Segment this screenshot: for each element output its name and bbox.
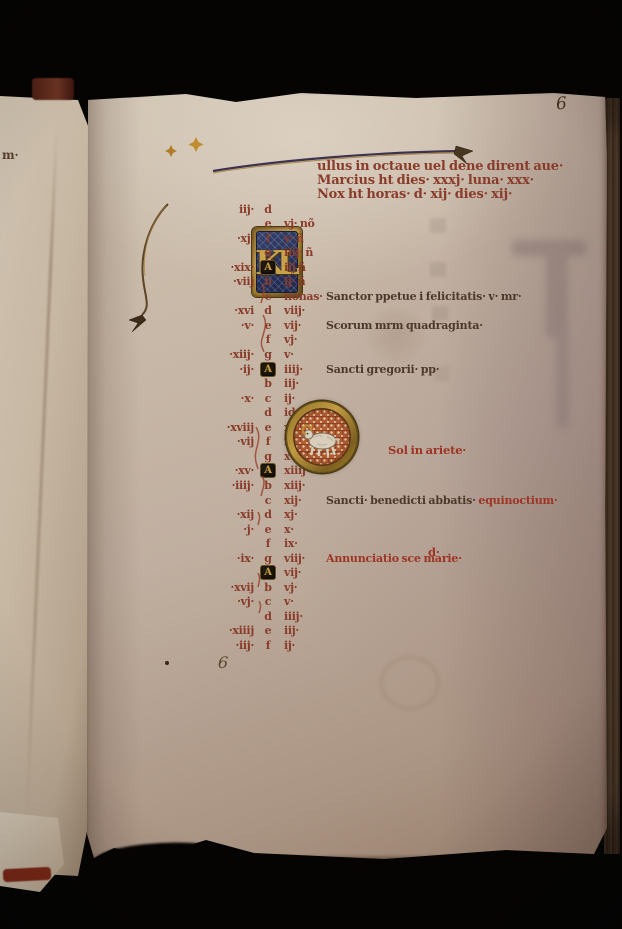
dominical-letter: f	[258, 537, 278, 550]
roman-day: iiij· ñ	[284, 246, 313, 259]
golden-number: ·vj·	[214, 595, 254, 608]
dominical-letter: d	[258, 406, 278, 419]
golden-number: ·x·	[214, 392, 254, 405]
dominical-letter: A	[261, 464, 275, 477]
binding-spine-fragment	[32, 78, 74, 100]
feast-entry: Scorum mrm quadraginta·	[326, 319, 483, 332]
calendar-row-day-20: ·iiij·bxiij·	[86, 479, 608, 494]
roman-day: ix·	[284, 537, 298, 550]
header-verse-line: ullus in octaue uel dene dirent aue·	[317, 159, 563, 174]
roman-day: xij·	[284, 494, 301, 507]
annunciation-grade-mark: d·	[428, 545, 440, 559]
dominical-letter: c	[258, 595, 278, 608]
dominical-letter: d	[258, 203, 278, 216]
dominical-letter: c	[258, 494, 278, 507]
calendar-row-day-12: ·ij·Aiiij·Sancti gregorii· pp·	[86, 363, 608, 378]
header-month-line: Marcius ht dies· xxxj· luna· xxx·	[317, 173, 534, 188]
golden-number: ·xj·	[214, 232, 254, 245]
feast-entry: Sancti· benedicti abbatis· equinoctium·	[326, 494, 558, 507]
dominical-letter: e	[258, 319, 278, 332]
calendar-row-day-4: giiij· ñ	[86, 246, 608, 261]
calendar-row-day-26: Avij·	[86, 566, 608, 581]
ring-stain	[380, 656, 440, 710]
roman-day: v·	[284, 595, 294, 608]
binding-red-edge	[3, 867, 52, 882]
dominical-letter: d	[258, 610, 278, 623]
roman-day: iij·	[284, 624, 299, 637]
dominical-letter: f	[258, 435, 278, 448]
calendar-page-march: KL ullus in octaue uel dene dirent aue· …	[86, 90, 608, 860]
feast-entry: Sancti gregorii· pp·	[326, 363, 439, 376]
dominical-letter: g	[258, 246, 278, 259]
roman-day: vj·	[284, 581, 297, 594]
manuscript-photo: m· KL ullus in octaue uel dene dirent au…	[0, 0, 622, 929]
dominical-letter: c	[258, 290, 278, 303]
page-edge-notch	[95, 79, 176, 98]
bottom-folio-mark: 6	[217, 653, 228, 673]
calendar-row-day-19: ·xv·Axiiij	[86, 464, 608, 479]
dominical-letter: d	[258, 508, 278, 521]
sol-in-ariete-label: Sol in ariete·	[388, 443, 466, 457]
aries-medallion-field	[293, 408, 351, 466]
calendar-row-day-22: ·xijdxj·	[86, 508, 608, 523]
calendar-row-day-27: ·xvijbvj·	[86, 581, 608, 596]
calendar-row-day-25: ·ix·gviij·Annunciatio sce marie·	[86, 552, 608, 567]
header-hours-line: Nox ht horas· d· xij· dies· xij·	[317, 187, 512, 202]
golden-number: ·xij	[214, 508, 254, 521]
dominical-letter: f	[258, 639, 278, 652]
golden-number: ·ix·	[214, 552, 254, 565]
aries-ram-icon	[293, 408, 349, 464]
facing-page-text-fragment: m·	[2, 148, 18, 162]
dominical-letter: c	[258, 392, 278, 405]
golden-number: ·vij	[214, 435, 254, 448]
golden-number: iij·	[214, 203, 254, 216]
dominical-letter: b	[258, 479, 278, 492]
calendar-row-day-5: ·xix·Aiij ñ	[86, 261, 608, 276]
roman-day: v·	[284, 348, 294, 361]
golden-number: ·iij·	[214, 639, 254, 652]
roman-day: vij·	[284, 566, 301, 579]
golden-number: ·iiij·	[214, 479, 254, 492]
calendar-row-day-2: evj· nõ	[86, 217, 608, 232]
calendar-row-day-9: ·v·evij·Scorum mrm quadraginta·	[86, 319, 608, 334]
roman-day: vj·	[284, 333, 297, 346]
roman-day: vj· nõ	[284, 217, 315, 230]
roman-day: viij·	[284, 552, 305, 565]
dominical-letter: g	[258, 552, 278, 565]
feast-entry: Annunciatio sce marie·	[326, 552, 462, 565]
golden-number: ·viij	[214, 275, 254, 288]
roman-day: xj·	[284, 508, 297, 521]
roman-day: iij·	[284, 377, 299, 390]
roman-day: ij·	[284, 392, 295, 405]
dominical-letter: b	[258, 275, 278, 288]
roman-day: xiij·	[284, 479, 305, 492]
calendar-row-day-8: ·xvidviij·	[86, 304, 608, 319]
golden-number: ·xiiij	[214, 624, 254, 637]
roman-day: nonas·	[284, 290, 323, 303]
golden-number: ·ij·	[214, 363, 254, 376]
calendar-row-day-23: ·j·ex·	[86, 523, 608, 538]
feast-text: Sancti gregorii· pp·	[326, 363, 439, 376]
calendar-row-day-1: iij·d	[86, 203, 608, 218]
calendar-row-day-11: ·xiij·gv·	[86, 348, 608, 363]
golden-number: ·xviij	[214, 421, 254, 434]
feast-text: equinoctium·	[478, 494, 557, 507]
roman-day: v· ñ	[284, 232, 304, 245]
golden-number: ·xix·	[214, 261, 254, 274]
dominical-letter: g	[258, 450, 278, 463]
dominical-letter: A	[261, 363, 275, 376]
golden-number: ·xv·	[214, 464, 254, 477]
golden-number: ·xiij·	[214, 348, 254, 361]
calendar-row-day-31: ·iij·fij·	[86, 639, 608, 654]
calendar-row-day-13: biij·	[86, 377, 608, 392]
calendar-row-day-3: ·xj·fv· ñ	[86, 232, 608, 247]
calendar-row-day-24: fix·	[86, 537, 608, 552]
dominical-letter: f	[258, 232, 278, 245]
calendar-row-day-29: diiij·	[86, 610, 608, 625]
dominical-letter: f	[258, 333, 278, 346]
roman-day: viij·	[284, 304, 305, 317]
dominical-letter: e	[258, 624, 278, 637]
dominical-letter: e	[258, 421, 278, 434]
dominical-letter: A	[261, 261, 275, 274]
feast-text: Sanctor ppetue i felicitatis· v· mr·	[326, 290, 522, 303]
roman-day: iiij·	[284, 610, 303, 623]
calendar-row-day-10: fvj·	[86, 333, 608, 348]
dominical-letter: b	[258, 581, 278, 594]
dominical-letter: d	[258, 304, 278, 317]
dominical-letter: A	[261, 566, 275, 579]
dominical-letter: g	[258, 348, 278, 361]
dominical-letter: e	[258, 523, 278, 536]
roman-day: ij·	[284, 639, 295, 652]
roman-day: vij·	[284, 319, 301, 332]
feast-text: Annunciatio sce marie·	[326, 552, 462, 565]
calendar-row-day-28: ·vj·cv·	[86, 595, 608, 610]
feast-entry: Sanctor ppetue i felicitatis· v· mr·	[326, 290, 522, 303]
calendar-row-day-14: ·x·cij·	[86, 392, 608, 407]
golden-number: ·v·	[214, 319, 254, 332]
parchment-crease	[25, 126, 59, 825]
calendar-row-day-6: ·viijbij· ñ	[86, 275, 608, 290]
pencil-dot	[165, 661, 169, 665]
feast-text: Scorum mrm quadraginta·	[326, 319, 483, 332]
folio-number: 6	[555, 94, 568, 115]
calendar-row-day-7: cnonas·Sanctor ppetue i felicitatis· v· …	[86, 290, 608, 305]
dominical-letter: e	[258, 217, 278, 230]
roman-day: x·	[284, 523, 294, 536]
facing-page-edge: m·	[0, 96, 92, 876]
feast-text: Sancti· benedicti abbatis·	[326, 494, 478, 507]
golden-number: ·j·	[214, 523, 254, 536]
roman-day: iij ñ	[284, 261, 306, 274]
calendar-row-day-30: ·xiiijeiij·	[86, 624, 608, 639]
calendar-row-day-21: cxij·Sancti· benedicti abbatis· equinoct…	[86, 494, 608, 509]
aries-medallion	[286, 401, 358, 473]
golden-number: ·xvi	[214, 304, 254, 317]
roman-day: ij· ñ	[284, 275, 305, 288]
golden-number: ·xvij	[214, 581, 254, 594]
roman-day: iiij·	[284, 363, 303, 376]
dominical-letter: b	[258, 377, 278, 390]
